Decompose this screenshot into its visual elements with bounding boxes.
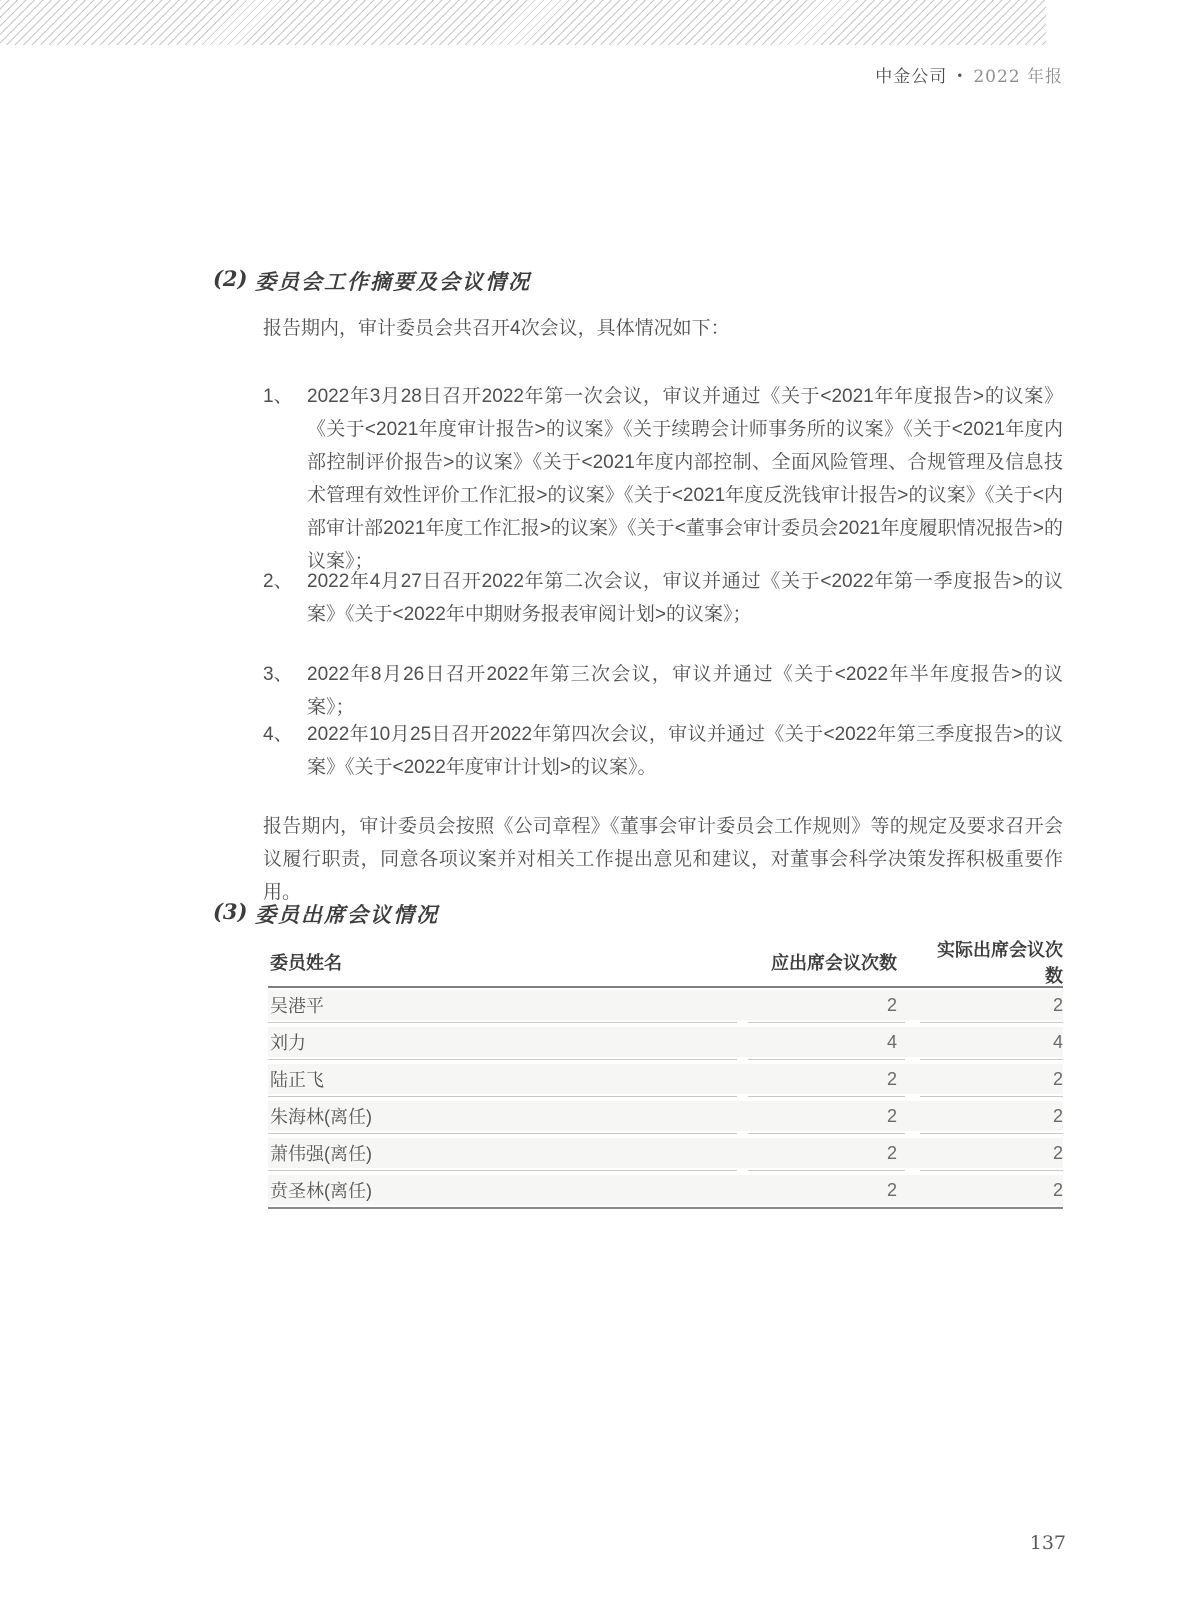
running-head: 中金公司•2022 年报 [875,62,1063,87]
row-separator [268,1057,1063,1062]
required-count: 2 [748,995,905,1016]
required-count: 2 [748,1143,905,1164]
section-2-number: (2) [213,266,255,296]
section-2-heading: (2) 委员会工作摘要及会议情况 [213,266,531,296]
intro-paragraph: 报告期内，审计委员会共召开4次会议，具体情况如下： [263,312,1063,345]
required-count: 2 [748,1069,905,1090]
list-item-text: 2022年4月27日召开2022年第二次会议，审议并通过《关于<2022年第一季… [307,565,1063,631]
company-name: 中金公司 [875,67,947,87]
table-row: 刘力 4 4 [268,1027,1063,1057]
member-name: 陆正飞 [268,1066,737,1092]
list-item: 3、 2022年8月26日召开2022年第三次会议，审议并通过《关于<2022年… [263,658,1063,724]
list-item-number: 3、 [263,658,307,724]
list-item: 1、 2022年3月28日召开2022年第一次会议，审议并通过《关于<2021年… [263,380,1063,578]
bullet-separator: • [956,69,964,83]
section-3-number: (3) [213,899,255,929]
attendance-table: 委员姓名 应出席会议次数 实际出席会议次数 吴港平 2 2 刘力 4 4 陆正飞… [268,938,1063,1209]
list-item-text: 2022年3月28日召开2022年第一次会议，审议并通过《关于<2021年年度报… [307,380,1063,578]
table-row: 朱海林(离任) 2 2 [268,1101,1063,1131]
table-row: 萧伟强(离任) 2 2 [268,1138,1063,1168]
column-header-name: 委员姓名 [268,949,737,975]
table-header-row: 委员姓名 应出席会议次数 实际出席会议次数 [268,938,1063,988]
required-count: 2 [748,1106,905,1127]
member-name: 贲圣林(离任) [268,1177,737,1203]
required-count: 2 [748,1180,905,1201]
list-item: 2、 2022年4月27日召开2022年第二次会议，审议并通过《关于<2022年… [263,565,1063,631]
list-item-number: 2、 [263,565,307,631]
table-bottom-border [268,1207,1063,1209]
member-name: 朱海林(离任) [268,1103,737,1129]
attended-count: 2 [920,1143,1063,1164]
table-row: 吴港平 2 2 [268,990,1063,1020]
row-separator [268,1020,1063,1025]
required-count: 4 [748,1032,905,1053]
row-separator [268,1094,1063,1099]
table-row: 陆正飞 2 2 [268,1064,1063,1094]
column-header-required: 应出席会议次数 [748,949,905,975]
list-item-number: 4、 [263,718,307,784]
list-item-number: 1、 [263,380,307,578]
attended-count: 2 [920,995,1063,1016]
table-row: 贲圣林(离任) 2 2 [268,1175,1063,1205]
attended-count: 2 [920,1106,1063,1127]
list-item-text: 2022年10月25日召开2022年第四次会议，审议并通过《关于<2022年第三… [307,718,1063,784]
section-3-title: 委员出席会议情况 [255,899,439,929]
attended-count: 4 [920,1032,1063,1053]
attended-count: 2 [920,1180,1063,1201]
hatch-banner [0,0,1046,45]
member-name: 刘力 [268,1029,737,1055]
page-number: 137 [1030,1532,1066,1554]
report-edition: 2022 年报 [973,67,1063,87]
attended-count: 2 [920,1069,1063,1090]
section-3-heading: (3) 委员出席会议情况 [213,899,439,929]
report-page: 中金公司•2022 年报 (2) 委员会工作摘要及会议情况 报告期内，审计委员会… [0,0,1190,1615]
list-item-text: 2022年8月26日召开2022年第三次会议，审议并通过《关于<2022年半年度… [307,658,1063,724]
section-2-title: 委员会工作摘要及会议情况 [255,266,531,296]
list-item: 4、 2022年10月25日召开2022年第四次会议，审议并通过《关于<2022… [263,718,1063,784]
member-name: 萧伟强(离任) [268,1140,737,1166]
column-header-attended: 实际出席会议次数 [920,936,1063,988]
row-separator [268,1131,1063,1136]
member-name: 吴港平 [268,992,737,1018]
row-separator [268,1168,1063,1173]
closing-paragraph: 报告期内，审计委员会按照《公司章程》《董事会审计委员会工作规则》等的规定及要求召… [263,810,1063,909]
